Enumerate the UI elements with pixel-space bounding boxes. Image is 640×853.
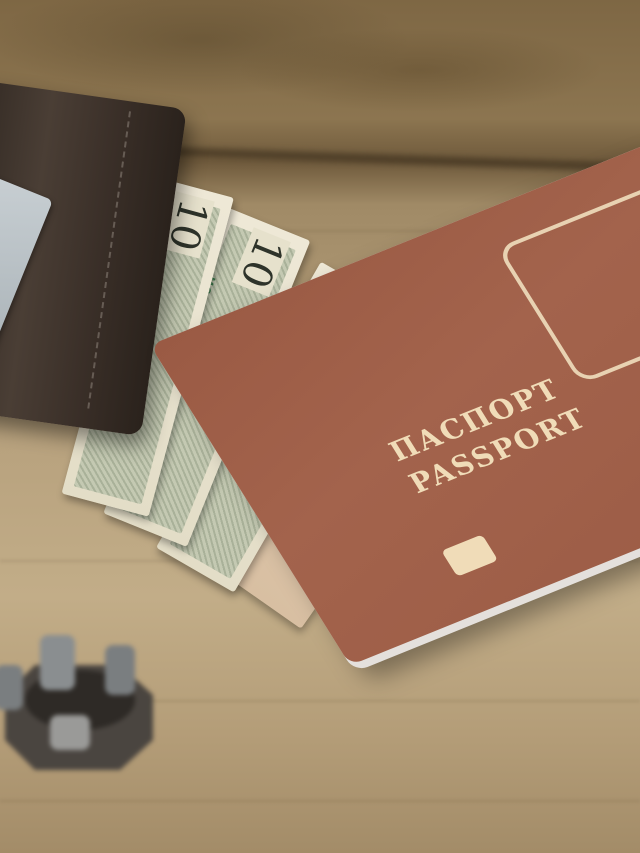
biometric-chip-icon	[441, 534, 498, 576]
castle-nut-icon	[0, 625, 160, 775]
photo-scene: € 10 MB 70255 FEDERAL 10 MC 95131092 A F…	[0, 0, 640, 853]
wallet-stitching	[87, 111, 131, 408]
emblem-frame	[496, 148, 640, 384]
wood-grain	[0, 800, 640, 802]
bank-card: Tinkoff.ru PLATINUM	[0, 166, 53, 372]
